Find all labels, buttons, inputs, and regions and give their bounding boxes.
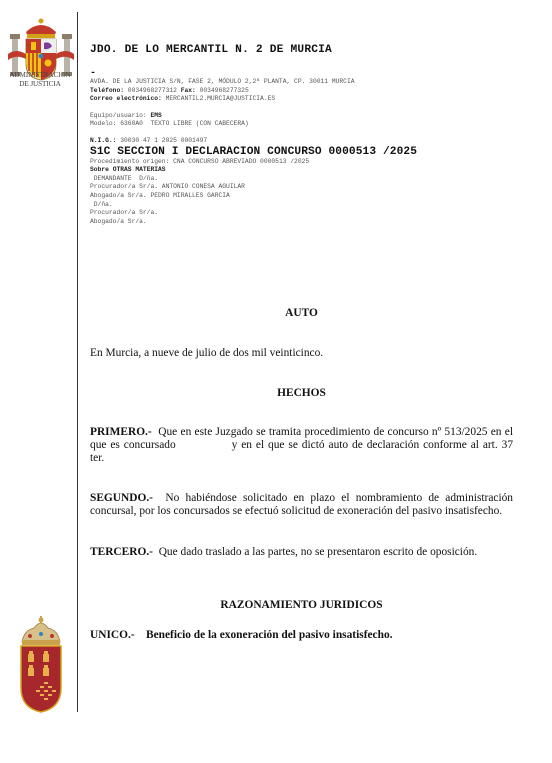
- party-line: Abogado/a Sr/a.: [90, 218, 530, 227]
- party-line: Abogado/a Sr/a. PEDRO MIRALLES GARCIA: [90, 192, 530, 201]
- model: Modelo: 6360A0 TEXTO LIBRE (CON CABECERA…: [90, 120, 530, 129]
- separator-dash: -: [90, 70, 530, 78]
- court-address: AVDA. DE LA JUSTICIA S/N, FASE 2, MÓDULO…: [90, 78, 530, 87]
- party-line: D/ña.: [90, 201, 530, 210]
- court-name: JDO. DE LO MERCANTIL N. 2 DE MURCIA: [90, 44, 530, 56]
- origin-procedure: Procedimiento origen: CNA CONCURSO ABREV…: [90, 158, 530, 167]
- fact-primero: PRIMERO.- Que en este Juzgado se tramita…: [90, 426, 513, 465]
- subject: Sobre OTRAS MATERIAS: [90, 166, 530, 175]
- party-line: Procurador/a Sr/a.: [90, 209, 530, 218]
- party-line: DEMANDANTE D/ña.: [90, 175, 530, 184]
- case-title: S1C SECCION I DECLARACION CONCURSO 00005…: [90, 146, 530, 158]
- fact-tercero: TERCERO.- Que dado traslado a las partes…: [90, 546, 513, 559]
- court-phone-fax: Teléfono: 0034968277312 Fax: 00349682773…: [90, 87, 530, 96]
- court-email: Correo electrónico: MERCANTIL2.MURCIA@JU…: [90, 95, 530, 104]
- document-header: JDO. DE LO MERCANTIL N. 2 DE MURCIA - AV…: [90, 44, 530, 226]
- murcia-coat-of-arms-icon: [16, 616, 66, 716]
- nig: N.I.G.: 30030 47 1 2025 0001497: [90, 137, 530, 146]
- facts-heading: HECHOS: [90, 387, 513, 399]
- date-line: En Murcia, a nueve de julio de dos mil v…: [90, 347, 513, 360]
- party-line: Procurador/a Sr/a. ANTONIO CONESA AGUILA…: [90, 183, 530, 192]
- fact-segundo: SEGUNDO.- No habiéndose solicitado en pl…: [90, 492, 513, 518]
- reasoning-heading: RAZONAMIENTO JURIDICOS: [90, 599, 513, 611]
- margin-rule: [77, 12, 78, 712]
- team-user: Equipo/usuario: EMS: [90, 112, 530, 121]
- reasoning-unico: UNICO.- Beneficio de la exoneración del …: [90, 629, 513, 642]
- logo-caption: ADMINISTRACION DE JUSTICIA: [0, 71, 80, 89]
- document-title: AUTO: [90, 307, 513, 319]
